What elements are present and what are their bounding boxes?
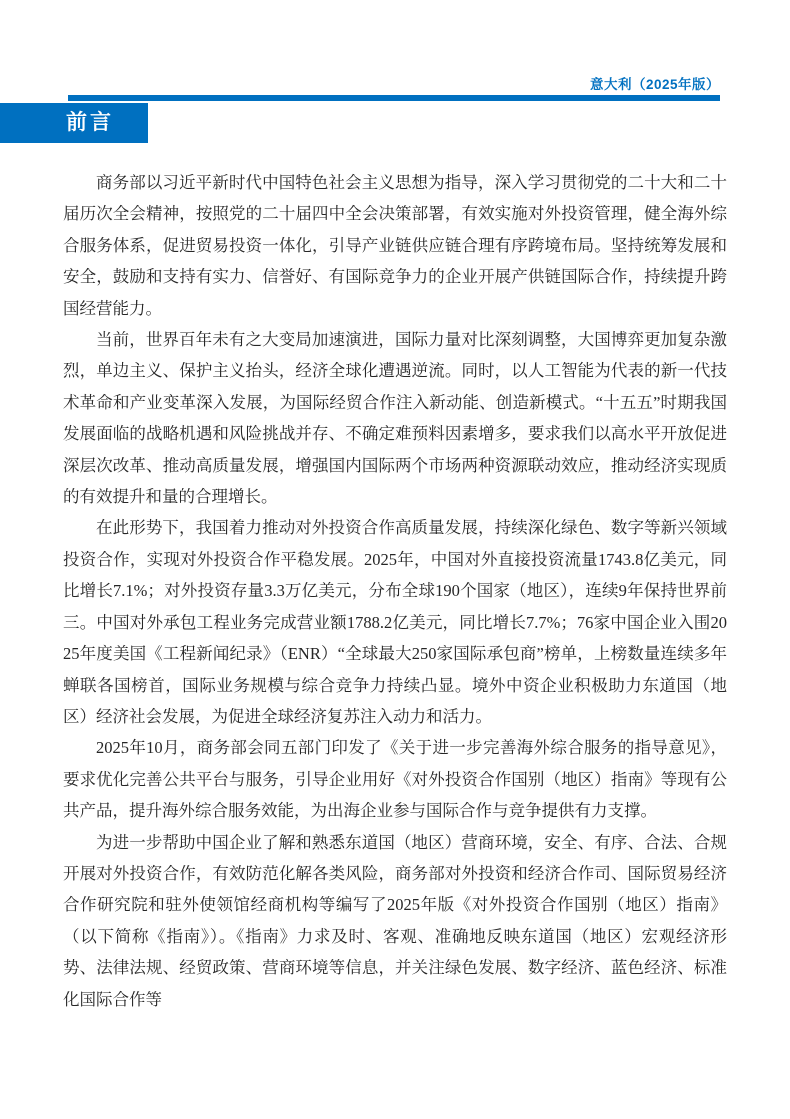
edition-label: 意大利（2025年版） (590, 73, 720, 93)
section-title-box: 前言 (0, 103, 148, 143)
preface-paragraph: 2025年10月，商务部会同五部门印发了《关于进一步完善海外综合服务的指导意见》… (63, 732, 727, 826)
preface-body: 商务部以习近平新时代中国特色社会主义思想为指导，深入学习贯彻党的二十大和二十届历… (63, 167, 727, 1015)
preface-paragraph: 为进一步帮助中国企业了解和熟悉东道国（地区）营商环境，安全、有序、合法、合规开展… (63, 827, 727, 1015)
section-title: 前言 (66, 111, 114, 134)
preface-paragraph: 当前，世界百年未有之大变局加速演进，国际力量对比深刻调整，大国博弈更加复杂激烈，… (63, 324, 727, 512)
preface-paragraph: 商务部以习近平新时代中国特色社会主义思想为指导，深入学习贯彻党的二十大和二十届历… (63, 167, 727, 324)
header-rule-divider (68, 95, 720, 101)
preface-paragraph: 在此形势下，我国着力推动对外投资合作高质量发展，持续深化绿色、数字等新兴领域投资… (63, 512, 727, 732)
document-page: 意大利（2025年版） 前言 商务部以习近平新时代中国特色社会主义思想为指导，深… (0, 0, 790, 1119)
